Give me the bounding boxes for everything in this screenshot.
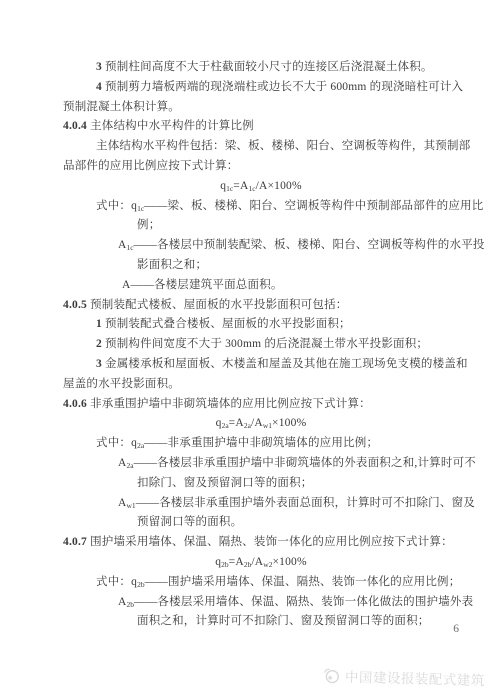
text-line: 主体结构水平构件包括：梁、板、楼梯、阳台、空调板等构件，其预制部 — [63, 137, 434, 157]
text-line: 4.0.6 非承重围护墙中非砌筑墙体的应用比例应按下式计算： — [63, 395, 434, 415]
text-line: 预留洞口等的面积。 — [63, 513, 434, 533]
text-line: 3 预制柱间高度不大于柱截面较小尺寸的连接区后浇混凝土体积。 — [63, 58, 434, 78]
formula-line: q1c=A1c/A×100% — [63, 177, 434, 197]
text-line: A2a——各楼层非承重围护墙中非砌筑墙体的外表面积之和,计算时可不 — [63, 454, 434, 474]
document-page: 3 预制柱间高度不大于柱截面较小尺寸的连接区后浇混凝土体积。4 预制剪力墙板两端… — [0, 0, 495, 700]
text-line: A2b——各楼层采用墙体、保温、隔热、装饰一体化做法的围护墙外表 — [63, 593, 434, 613]
text-line: 式中：q2b——围护墙采用墙体、保温、隔热、装饰一体化的应用比例； — [63, 573, 434, 593]
text-line: A——各楼层建筑平面总面积。 — [63, 276, 434, 296]
text-line: 4.0.4 主体结构中水平构件的计算比例 — [63, 117, 434, 137]
text-line: 例； — [63, 216, 434, 236]
text-line: 屋盖的水平投影面积。 — [63, 375, 434, 395]
formula-line: q2a=A2a/Aw1×100% — [63, 414, 434, 434]
text-line: 预制混凝土体积计算。 — [63, 98, 434, 118]
text-line: 4.0.7 围护墙采用墙体、保温、隔热、装饰一体化的应用比例应按下式计算： — [63, 533, 434, 553]
text-line: Aw1——各楼层非承重围护墙外表面总面积，计算时可不扣除门、窗及 — [63, 494, 434, 514]
formula-line: q2b=A2b/Aw2×100% — [63, 553, 434, 573]
watermark-logo-icon — [323, 667, 340, 684]
watermark-text: 中国建设报装配式建筑 — [345, 666, 485, 690]
text-line: 3 金属楼承板和屋面板、木楼盖和屋盖及其他在施工现场免支模的楼盖和 — [63, 355, 434, 375]
text-line: 4.0.5 预制装配式楼板、屋面板的水平投影面积可包括： — [63, 296, 434, 316]
text-line: 品部件的应用比例应按下式计算： — [63, 157, 434, 177]
text-line: 1 预制装配式叠合楼板、屋面板的水平投影面积； — [63, 315, 434, 335]
page-number: 6 — [453, 623, 459, 635]
text-line: A1c——各楼层中预制装配梁、板、楼梯、阳台、空调板等构件的水平投 — [63, 236, 434, 256]
text-line: 影面积之和； — [63, 256, 434, 276]
text-line: 面积之和，计算时可不扣除门、窗及预留洞口等的面积； — [63, 612, 434, 632]
watermark: 中国建设报装配式建筑 — [323, 665, 485, 689]
document-content: 3 预制柱间高度不大于柱截面较小尺寸的连接区后浇混凝土体积。4 预制剪力墙板两端… — [63, 58, 434, 632]
text-line: 4 预制剪力墙板两端的现浇端柱或边长不大于 600mm 的现浇暗柱可计入 — [63, 78, 434, 98]
text-line: 2 预制构件间宽度不大于 300mm 的后浇混凝土带水平投影面积； — [63, 335, 434, 355]
text-line: 式中：q1c——梁、板、楼梯、阳台、空调板等构件中预制部品部件的应用比 — [63, 197, 434, 217]
text-line: 式中：q2a——非承重围护墙中非砌筑墙体的应用比例； — [63, 434, 434, 454]
text-line: 扣除门、窗及预留洞口等的面积； — [63, 474, 434, 494]
